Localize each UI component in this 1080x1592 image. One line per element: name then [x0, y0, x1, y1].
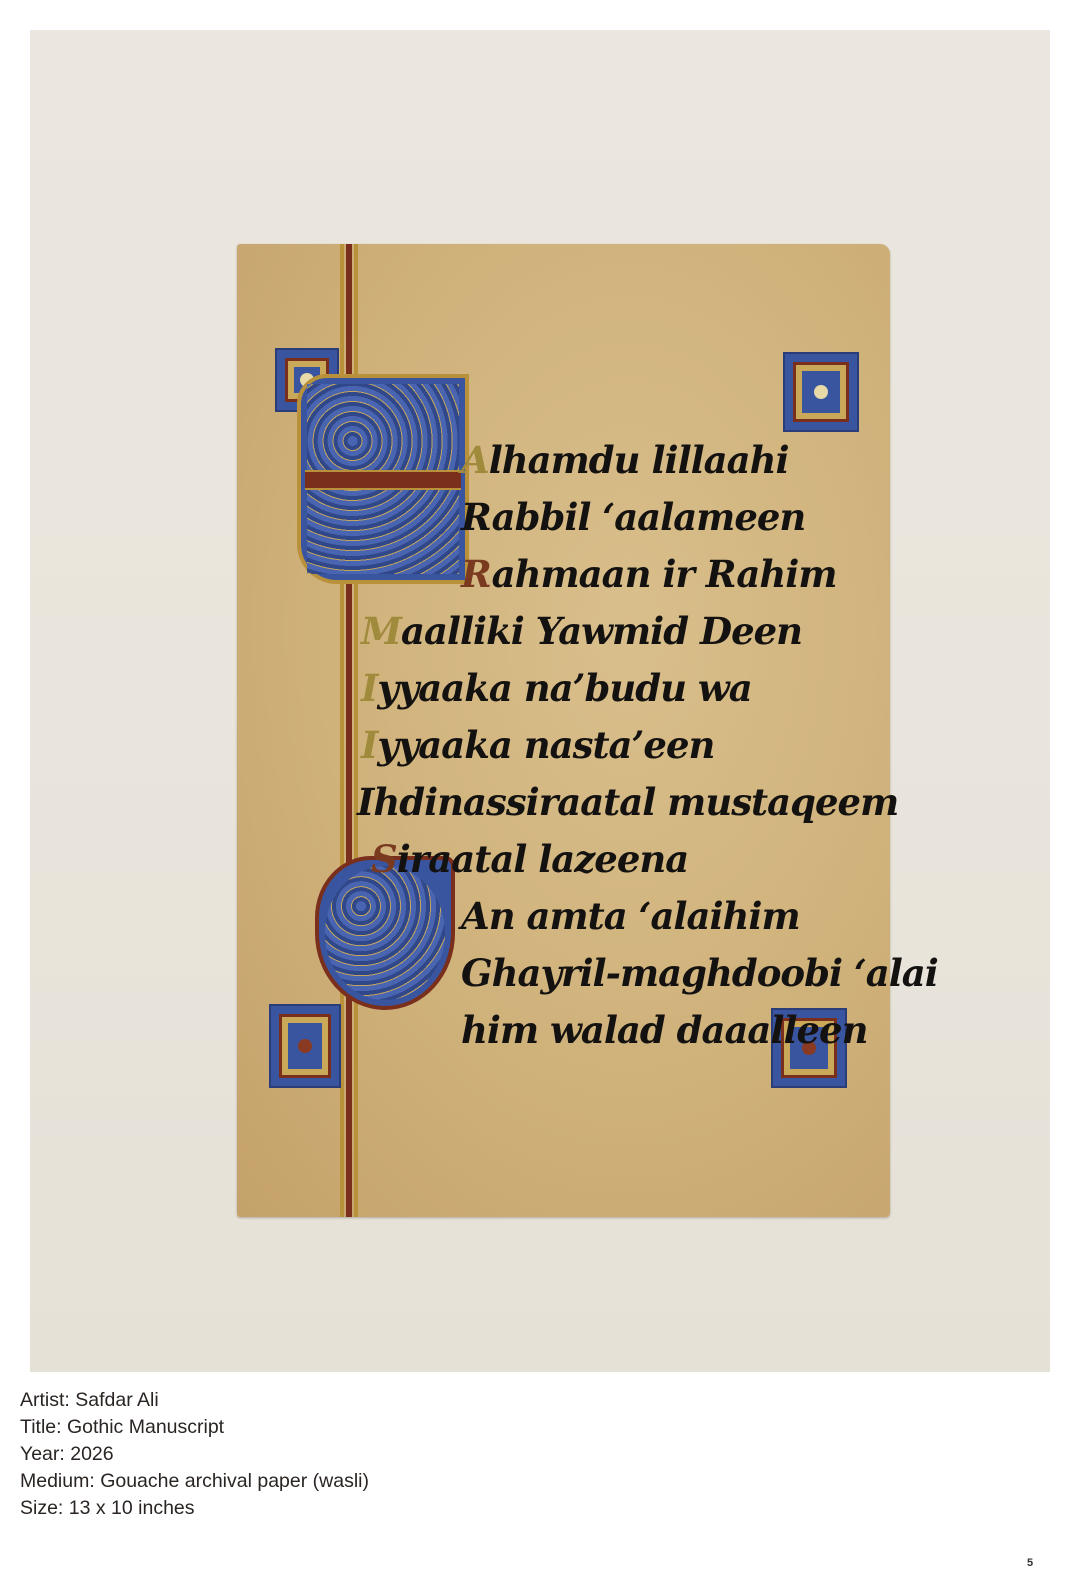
artwork-photo: Alhamdu lillaahi Rabbil ‘aalameen Rahmaa… — [30, 30, 1050, 1372]
manuscript-page: Alhamdu lillaahi Rabbil ‘aalameen Rahmaa… — [237, 244, 890, 1217]
verse-line: An amta ‘alaihim — [461, 888, 938, 945]
caption-year: Year: 2026 — [20, 1441, 369, 1468]
corner-ornament-bottom-left — [269, 1004, 341, 1088]
verse-line: Siraatal lazeena — [371, 831, 938, 888]
caption-medium: Medium: Gouache archival paper (wasli) — [20, 1468, 369, 1495]
manuscript-text: Alhamdu lillaahi Rabbil ‘aalameen Rahmaa… — [461, 432, 938, 1059]
flower-icon — [814, 385, 828, 399]
caption-title: Title: Gothic Manuscript — [20, 1414, 369, 1441]
page-number: 5 — [1027, 1557, 1033, 1569]
corner-ornament-top-right — [783, 352, 859, 432]
verse-line: Iyyaaka na’budu wa — [361, 660, 938, 717]
verse-line: Ihdinassiraatal mustaqeem — [357, 774, 938, 831]
caption-size: Size: 13 x 10 inches — [20, 1495, 369, 1522]
verse-line: Rabbil ‘aalameen — [461, 489, 938, 546]
verse-line: Iyyaaka nasta’een — [361, 717, 938, 774]
verse-line: Rahmaan ir Rahim — [461, 546, 938, 603]
illuminated-initial-a — [297, 374, 469, 584]
verse-line: Maalliki Yawmid Deen — [361, 603, 938, 660]
verse-line: Alhamdu lillaahi — [461, 432, 938, 489]
flower-icon — [298, 1039, 312, 1053]
verse-line: him walad daaalleen — [461, 1002, 938, 1059]
caption-artist: Artist: Safdar Ali — [20, 1387, 369, 1414]
verse-line: Ghayril-maghdoobi ‘alai — [461, 945, 938, 1002]
artwork-caption: Artist: Safdar Ali Title: Gothic Manuscr… — [20, 1387, 369, 1522]
